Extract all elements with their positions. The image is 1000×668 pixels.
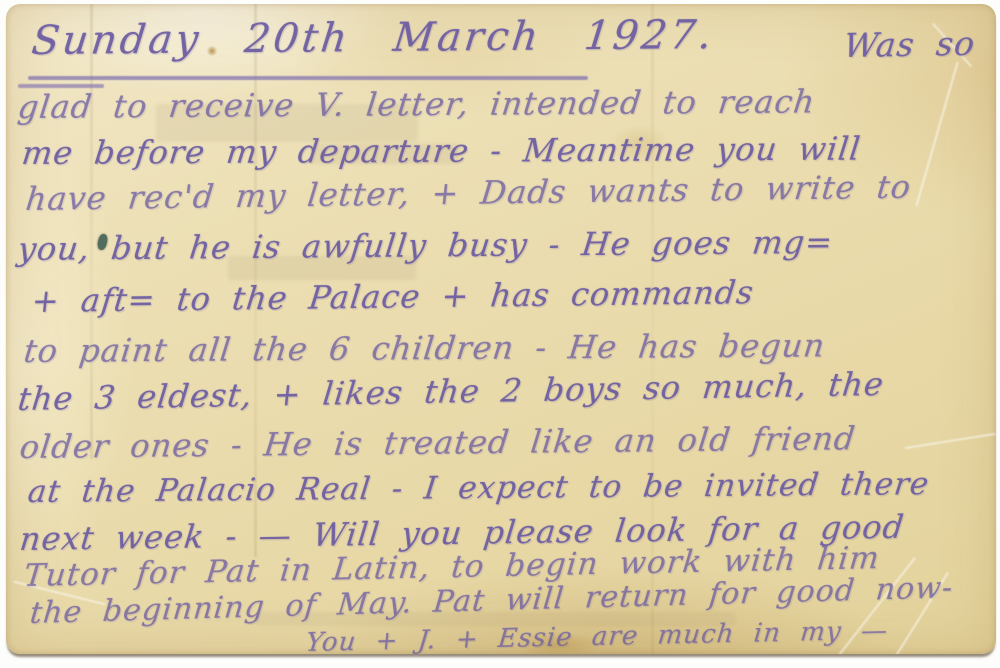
handwritten-line: you, but he is awfully busy - He goes mg…	[16, 223, 835, 268]
handwritten-line: + aft= to the Palace + has commands	[30, 273, 756, 320]
handwritten-line: have rec'd my letter, + Dads wants to wr…	[24, 168, 913, 218]
date-heading: Sunday 20th March 1927.	[29, 12, 716, 64]
crease-line	[915, 62, 958, 207]
postcard: Sunday 20th March 1927. Was so glad to r…	[6, 4, 996, 654]
handwritten-line: to paint all the 6 children - He has beg…	[22, 326, 828, 370]
date-line-trailing: Was so	[842, 24, 977, 65]
handwritten-line: older ones - He is treated like an old f…	[18, 419, 858, 466]
handwritten-line: the 3 eldest, + likes the 2 boys so much…	[16, 365, 886, 418]
crease-line	[904, 433, 995, 449]
date-underline	[28, 76, 588, 80]
handwritten-line: at the Palacio Real - I expect to be inv…	[26, 466, 931, 510]
handwritten-line: me before my departure - Meantime you wi…	[20, 130, 863, 172]
postcard-scan: Sunday 20th March 1927. Was so glad to r…	[0, 0, 1000, 668]
handwritten-line: glad to receive V. letter, intended to r…	[16, 82, 818, 126]
